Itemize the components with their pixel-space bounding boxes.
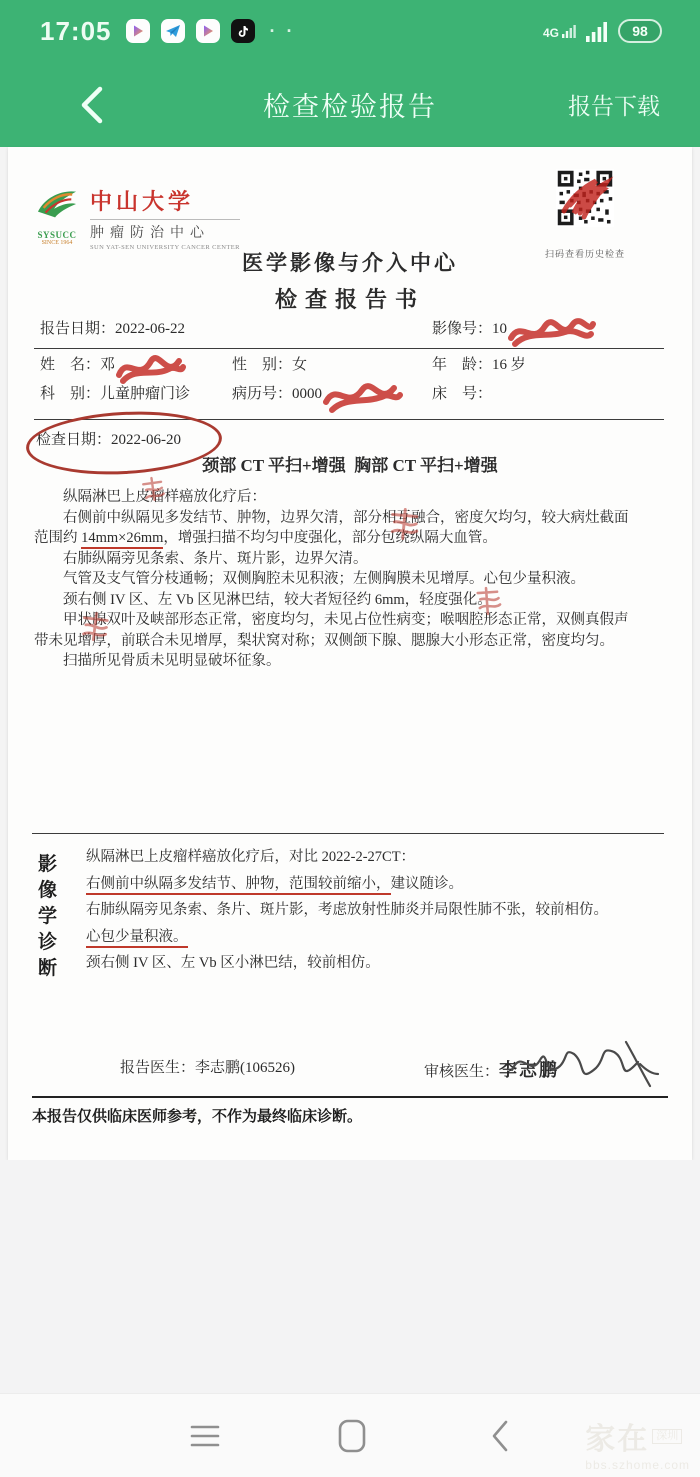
status-bar: 17:05 · · 4G 98: [0, 0, 700, 62]
report-text-line: 右侧前中纵隔见多发结节、肿物，边界欠清，部分相互融合，密度欠均匀，较大病灶截面范…: [34, 508, 630, 549]
center-title-line1: 医学影像与介入中心: [8, 247, 692, 277]
red-redaction-scribble: [505, 312, 597, 352]
hospital-logo: SYSUCC SINCE 1964: [34, 185, 80, 251]
exam-date-field: 检查日期：2022-06-20: [36, 428, 181, 449]
diagnosis-section: 影像学诊断 纵隔淋巴上皮瘤样癌放化疗后，对比 2022-2-27CT：右侧前中纵…: [32, 833, 664, 982]
report-text-line: 颈右侧 IV 区、左 Vb 区见淋巴结，较大者短径约 6mm，轻度强化。: [34, 590, 630, 611]
report-text-line: 气管及支气管分枝通畅；双侧胸腔未见积液；左侧胸膜未见增厚。心包少量积液。: [34, 569, 630, 590]
report-text-line: 纵隔淋巴上皮瘤样癌放化疗后，对比 2022-2-27CT：: [86, 844, 646, 871]
gender-field: 性 别：女: [232, 353, 307, 374]
disclaimer-text: 本报告仅供临床医师参考，不作为最终临床诊断。: [32, 1105, 362, 1126]
hospital-acronym: SYSUCC: [34, 230, 80, 240]
android-nav-bar: 家在 深圳 bbs.szhome.com: [0, 1393, 700, 1477]
hospital-logo-block: SYSUCC SINCE 1964 中山大学 肿瘤防治中心 SUN YAT-SE…: [34, 185, 240, 251]
exam-title: 颈部 CT 平扫+增强 胸部 CT 平扫+增强: [8, 451, 692, 476]
battery-percent: 98: [632, 23, 648, 39]
report-text-line: 甲状腺双叶及峡部形态正常，密度均匀，未见占位性病变；喉咽腔形态正常，双侧真假声带…: [34, 610, 630, 651]
doctor-signature: [504, 1034, 664, 1096]
app-header: 检查检验报告 报告下载: [0, 62, 700, 147]
document-title: 检查报告书: [8, 283, 692, 314]
more-notifications-dots: · ·: [270, 21, 296, 42]
divider-line: [34, 419, 664, 420]
red-redaction-scribble: [554, 171, 616, 225]
hospital-dept-cn: 肿瘤防治中心: [90, 219, 240, 242]
telegram-icon: [161, 19, 185, 43]
back-nav-icon[interactable]: [490, 1419, 510, 1453]
battery-indicator: 98: [618, 19, 662, 43]
bird-logo-icon: [34, 185, 80, 225]
age-field: 年 龄：16 岁: [432, 353, 526, 374]
site-watermark: 家在 深圳 bbs.szhome.com: [585, 1425, 690, 1471]
report-text-line: 颈右侧 IV 区、左 Vb 区小淋巴结，较前相仿。: [86, 950, 646, 977]
report-text-line: 扫描所见骨质未见明显破坏征象。: [34, 651, 630, 672]
image-no-field: 影像号：10: [432, 317, 597, 338]
red-redaction-scribble: [320, 376, 404, 418]
menu-icon[interactable]: [189, 1422, 221, 1450]
report-text-line: 右侧前中纵隔多发结节、肿物，范围较前缩小，建议随诊。: [86, 871, 646, 898]
video-play-icon: [126, 19, 150, 43]
report-download-button[interactable]: 报告下载: [568, 88, 660, 121]
hospital-name-cn: 中山大学: [90, 185, 240, 216]
divider-line: [32, 833, 664, 834]
divider-line: [32, 1096, 668, 1098]
department-field: 科 别：儿童肿瘤门诊: [40, 382, 190, 403]
report-date-field: 报告日期：2022-06-22: [40, 317, 185, 338]
tiktok-icon: [231, 19, 255, 43]
findings-section: 纵隔淋巴上皮瘤样癌放化疗后：右侧前中纵隔见多发结节、肿物，边界欠清，部分相互融合…: [34, 487, 630, 672]
report-doctor-field: 报告医生：李志鹏(106526): [120, 1056, 295, 1077]
home-icon[interactable]: [338, 1419, 366, 1453]
watermark-main: 家在: [585, 1425, 649, 1455]
phone-screen: 17:05 · · 4G 98 检查检验报告: [0, 0, 700, 1477]
watermark-site: bbs.szhome.com: [585, 1459, 690, 1471]
report-text-line: 右肺纵隔旁见条索、条片、斑片影，边界欠清。: [34, 549, 630, 570]
video-play-icon: [196, 19, 220, 43]
signal-bars-small-icon: [562, 24, 576, 38]
name-field: 姓 名：邓: [40, 353, 187, 375]
patient-fields: 报告日期：2022-06-22 影像号：10 姓 名：邓 性 别：女 年 龄：1…: [32, 317, 666, 460]
hospital-since: SINCE 1964: [34, 240, 80, 246]
diagnosis-lines: 纵隔淋巴上皮瘤样癌放化疗后，对比 2022-2-27CT：右侧前中纵隔多发结节、…: [86, 844, 646, 982]
diagnosis-vertical-label: 影像学诊断: [38, 852, 62, 982]
record-no-field: 病历号：0000: [232, 382, 404, 404]
signal-indicator: 4G: [543, 24, 576, 38]
signal-bars-icon: [586, 20, 608, 42]
report-text-line: 纵隔淋巴上皮瘤样癌放化疗后：: [34, 487, 630, 508]
clock: 17:05: [40, 16, 112, 47]
bed-no-field: 床 号：: [432, 382, 492, 403]
network-type-label: 4G: [543, 28, 559, 38]
report-text-line: 心包少量积液。: [86, 924, 646, 951]
notification-icons: · ·: [126, 19, 296, 43]
report-text-line: 右肺纵隔旁见条索、条片、斑片影，考虑放射性肺炎并局限性肺不张，较前相仿。: [86, 897, 646, 924]
watermark-badge: 深圳: [652, 1429, 682, 1444]
report-document: SYSUCC SINCE 1964 中山大学 肿瘤防治中心 SUN YAT-SE…: [8, 147, 692, 1160]
